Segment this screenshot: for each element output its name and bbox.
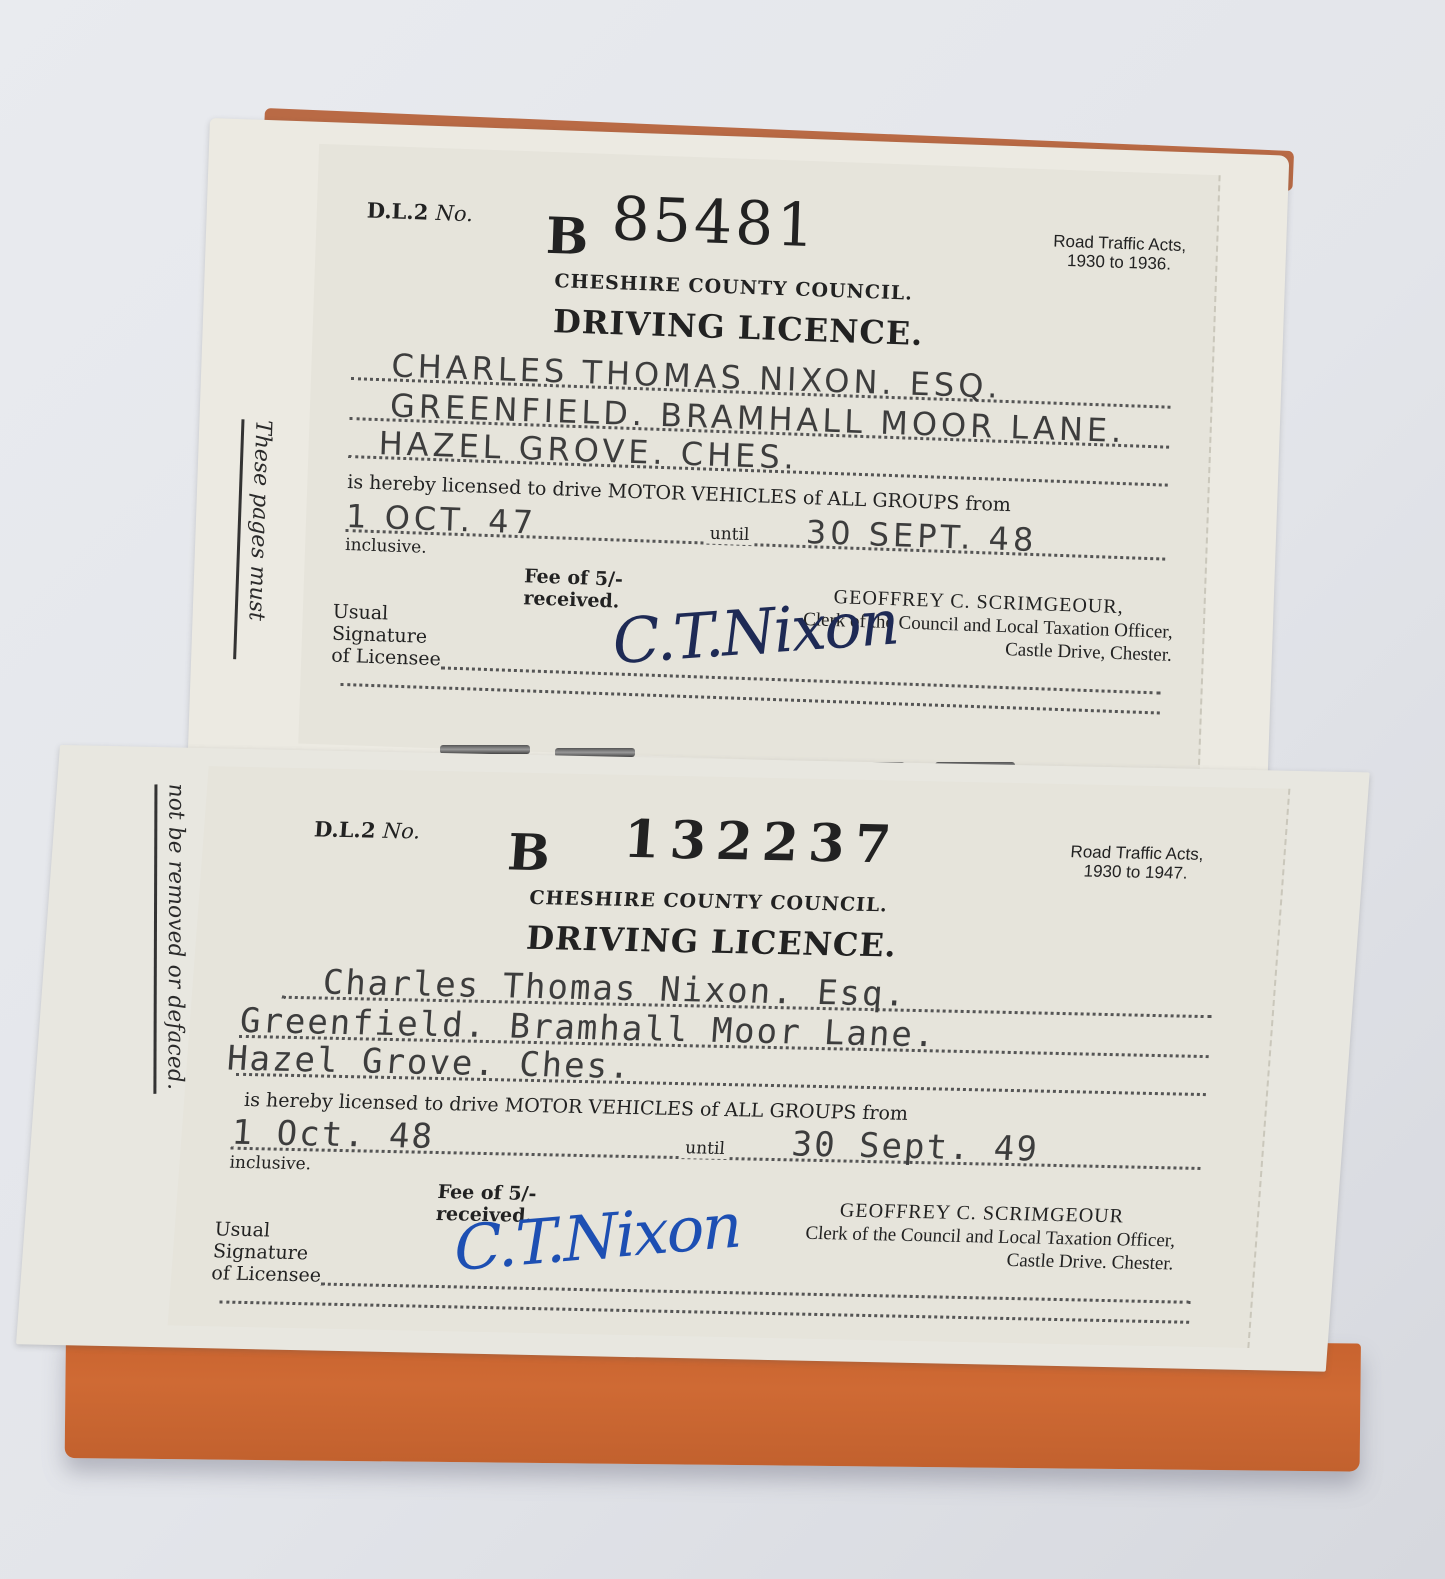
usual-signature-label: Usual Signature of Licensee (331, 601, 443, 671)
licence-number: 85481 (610, 184, 818, 261)
until-label: until (705, 524, 753, 546)
until-label: until (681, 1138, 730, 1159)
lower-page: not be removed or defaced. D.L.2 No. B 1… (16, 745, 1370, 1372)
licence-series: B (545, 206, 589, 266)
form-label: D.L.2 No. (366, 198, 473, 227)
valid-from: 1 Oct. 48 (230, 1113, 435, 1157)
road-traffic-acts: Road Traffic Acts, 1930 to 1947. (1068, 842, 1204, 883)
licence-title: DRIVING LICENCE. (525, 919, 898, 965)
fee-received: Fee of 5/- received. (523, 565, 623, 612)
licence-number: 132237 (622, 809, 904, 876)
valid-until: 30 Sept. 49 (790, 1124, 1040, 1169)
valid-from: 1 OCT. 47 (346, 497, 538, 542)
side-note-lower: not be removed or defaced. (153, 783, 188, 1094)
upper-page: These pages must D.L.2 No. B 85481 Road … (188, 118, 1290, 795)
form-label: D.L.2 No. (313, 816, 421, 843)
inclusive-label: inclusive. (345, 535, 427, 558)
usual-signature-label: Usual Signature of Licensee (211, 1218, 325, 1286)
side-note-upper: These pages must (233, 419, 275, 660)
inclusive-label: inclusive. (229, 1153, 312, 1175)
clerk-block: GEOFFREY C. SCRIMGEOUR Clerk of the Coun… (803, 1199, 1178, 1276)
licence-series: B (506, 822, 553, 882)
valid-until: 30 SEPT. 48 (805, 513, 1038, 559)
road-traffic-acts: Road Traffic Acts, 1930 to 1936. (1052, 232, 1186, 275)
